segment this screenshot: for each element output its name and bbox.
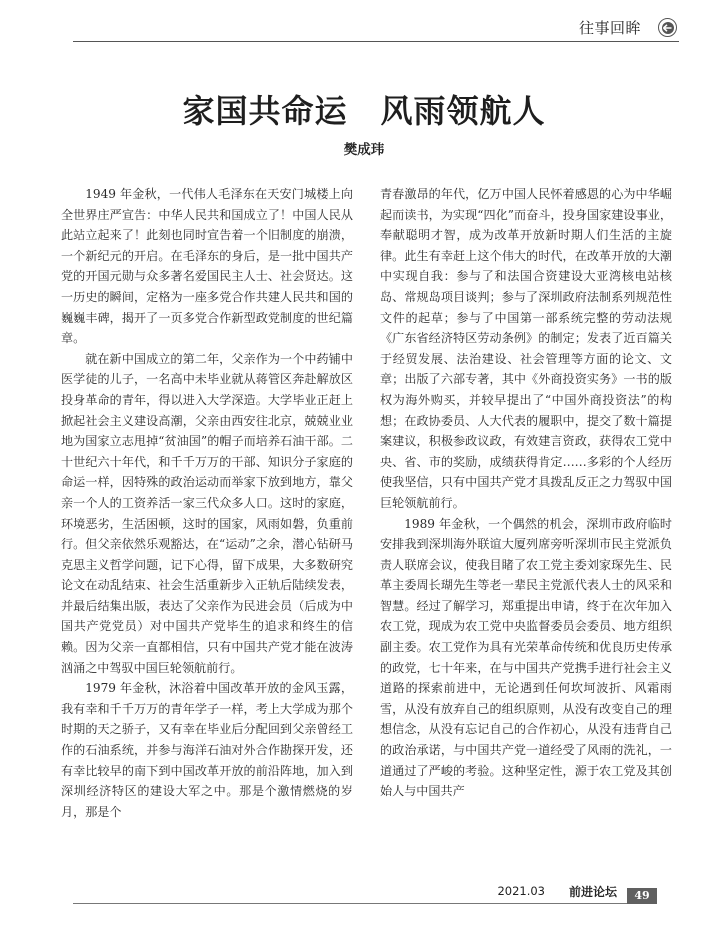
article-author: 樊成玮	[0, 138, 728, 158]
issue-date: 2021.03	[497, 884, 545, 898]
right-column: 青春激昂的年代，亿万中国人民怀着感恩的心为中华崛起而读书，为实现“四化”而奋斗，…	[380, 184, 672, 802]
page-number: 49	[627, 888, 657, 904]
paragraph: 1949 年金秋，一代伟人毛泽东在天安门城楼上向全世界庄严宣告：中华人民共和国成…	[61, 184, 353, 349]
article-title: 家国共命运 风雨领航人	[0, 86, 728, 132]
section-label: 往事回眸	[579, 17, 641, 38]
paragraph: 就在新中国成立的第二年，父亲作为一个中药铺中医学徒的儿子，一名高中未毕业就从蒋管…	[61, 349, 353, 679]
running-footer: 2021.03 前进论坛 49	[73, 880, 657, 904]
running-header: 往事回眸	[73, 0, 679, 42]
paragraph: 1989 年金秋，一个偶然的机会，深圳市政府临时安排我到深圳海外联谊大厦列席旁听…	[380, 514, 672, 802]
left-column: 1949 年金秋，一代伟人毛泽东在天安门城楼上向全世界庄严宣告：中华人民共和国成…	[61, 184, 353, 822]
circle-arrow-left-icon	[658, 18, 677, 37]
arrow-left-glyph	[662, 22, 674, 34]
paragraph-continued: 青春激昂的年代，亿万中国人民怀着感恩的心为中华崛起而读书，为实现“四化”而奋斗，…	[380, 184, 672, 514]
paragraph: 1979 年金秋，沐浴着中国改革开放的金风玉露，我有幸和千千万万的青年学子一样，…	[61, 678, 353, 822]
journal-name: 前进论坛	[569, 883, 617, 900]
